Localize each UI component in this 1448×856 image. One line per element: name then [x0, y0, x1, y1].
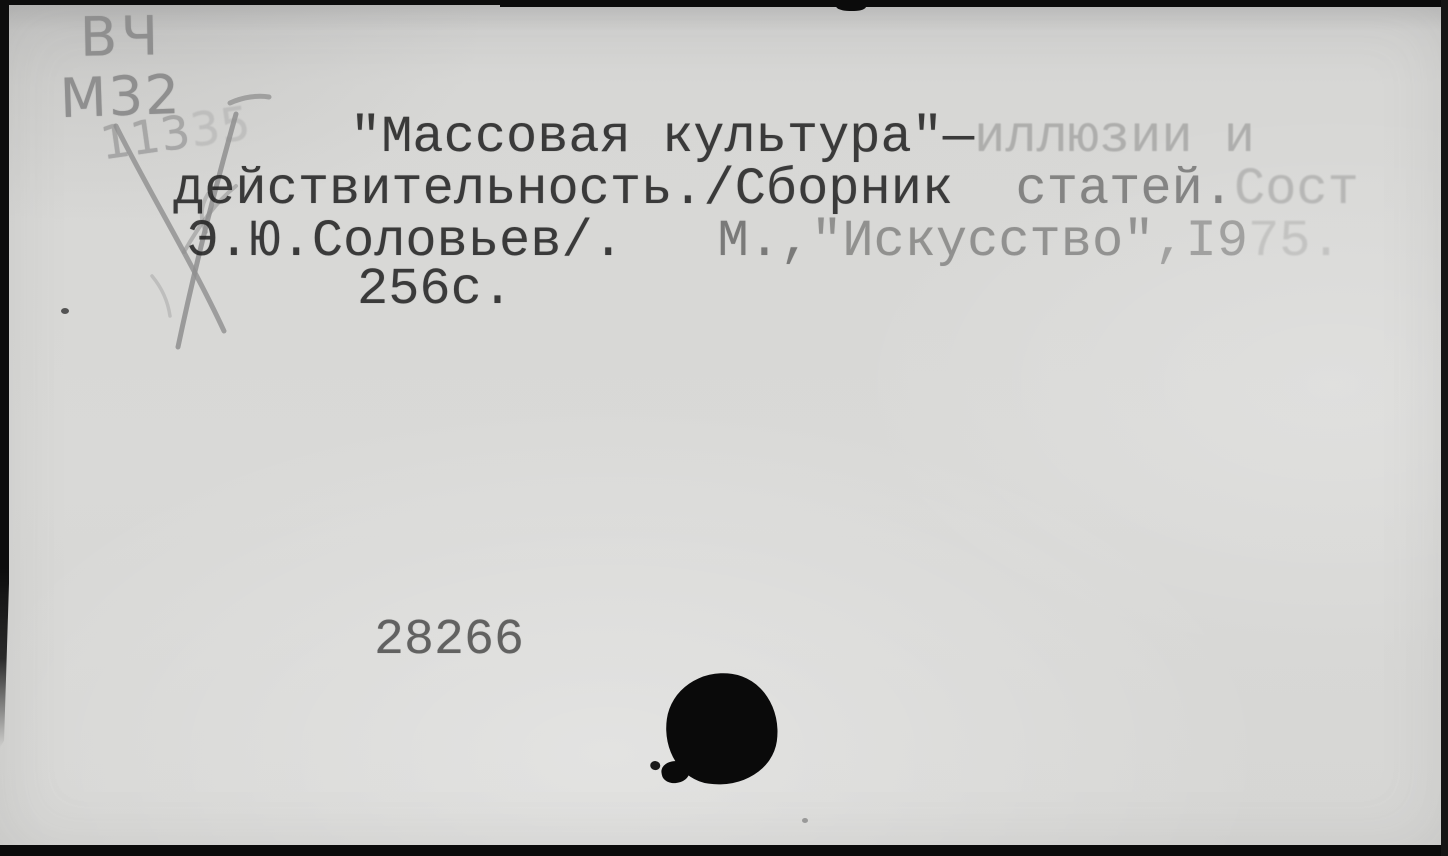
frame-bottom-edge — [0, 845, 1448, 856]
imprint-year-faded: 75. — [1248, 216, 1342, 268]
subtitle-medium-faded: статей. — [953, 164, 1234, 216]
subtitle-text: действительность./Сборник — [173, 164, 953, 216]
shelf-classification-mark: ВЧ — [80, 9, 163, 64]
typed-line-subtitle: действительность./Сборник статей.Сост — [173, 164, 1359, 216]
subtitle-faded: Сост — [1234, 164, 1359, 216]
imprint-year-start: ,I9 — [1154, 216, 1248, 268]
frame-top-edge-bump — [836, 0, 866, 11]
typed-line-pages: 256с. — [357, 264, 513, 316]
ink-blot — [659, 666, 785, 792]
paper-speck — [802, 818, 808, 823]
accession-number: 28266 — [374, 616, 524, 666]
ink-speck — [61, 308, 69, 314]
cancelled-number-faint: 35 — [187, 96, 254, 158]
title-text: "Массовая культура"— — [350, 112, 974, 164]
frame-left-edge — [0, 0, 9, 748]
title-faded-continuation: иллюзии и — [974, 112, 1255, 164]
frame-right-edge — [1441, 0, 1448, 856]
imprint-city: М., — [624, 216, 811, 268]
catalog-card: ВЧ М32 11335 "Массовая культура"—иллюзии… — [0, 0, 1448, 856]
page-count: 256с. — [357, 264, 513, 316]
typed-line-title: "Массовая культура"—иллюзии и — [350, 112, 1255, 164]
imprint-publisher: "Искусство" — [811, 216, 1154, 268]
frame-top-edge-thick — [500, 0, 1448, 7]
scan-top-smear — [0, 5, 1448, 31]
